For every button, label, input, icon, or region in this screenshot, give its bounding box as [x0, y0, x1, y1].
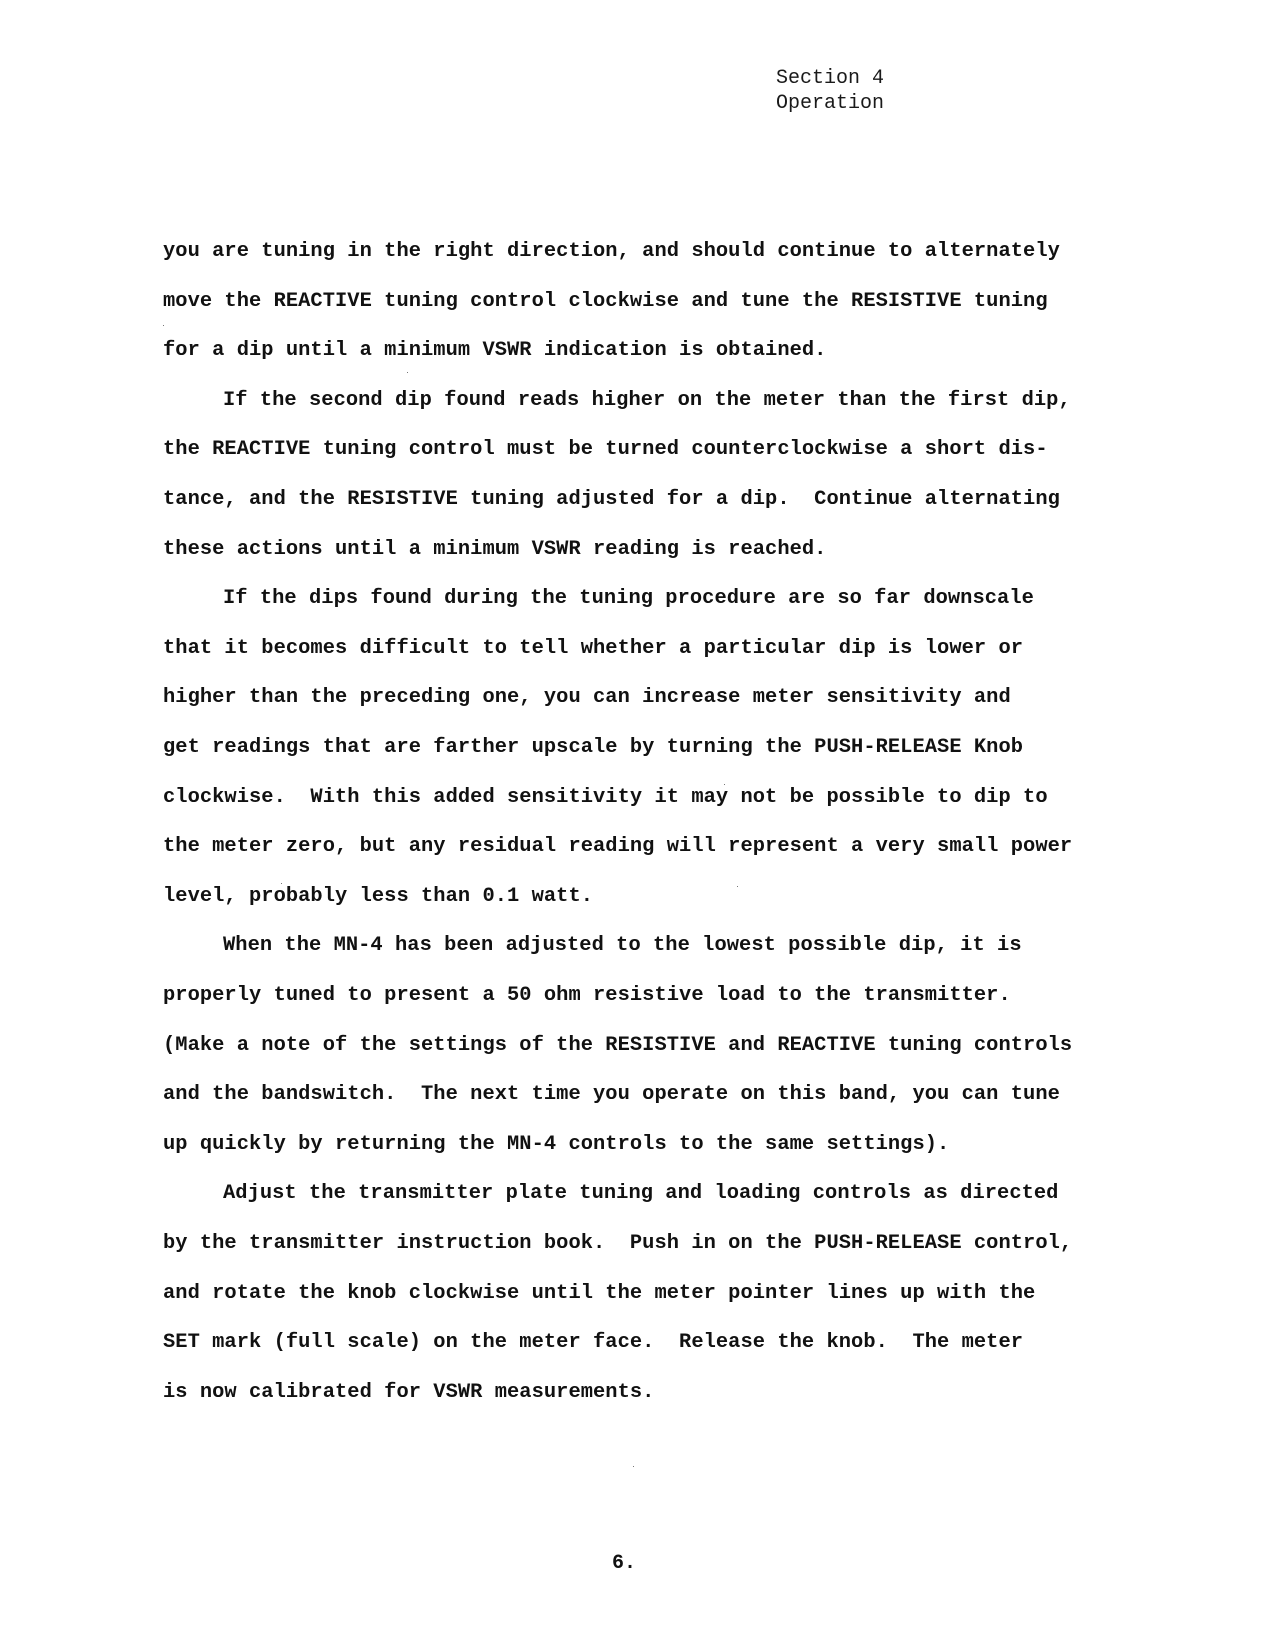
text-line: (Make a note of the settings of the RESI…	[163, 1034, 1072, 1058]
text-line: properly tuned to present a 50 ohm resis…	[163, 984, 1011, 1008]
text-line: up quickly by returning the MN-4 control…	[163, 1133, 949, 1157]
text-line: clockwise. With this added sensitivity i…	[163, 786, 1048, 810]
scan-speck	[724, 784, 725, 785]
text-line: When the MN-4 has been adjusted to the l…	[223, 934, 1022, 958]
text-line: and rotate the knob clockwise until the …	[163, 1282, 1035, 1306]
document-page: Section 4 Operation you are tuning in th…	[0, 0, 1275, 1650]
text-line: you are tuning in the right direction, a…	[163, 240, 1060, 264]
scan-speck	[633, 1466, 634, 1467]
text-line: the meter zero, but any residual reading…	[163, 835, 1072, 859]
scan-speck	[281, 883, 282, 884]
text-line: for a dip until a minimum VSWR indicatio…	[163, 339, 826, 363]
section-label: Section 4	[776, 66, 884, 91]
page-number: 6.	[612, 1552, 636, 1575]
scan-speck	[407, 372, 408, 373]
text-line: and the bandswitch. The next time you op…	[163, 1083, 1060, 1107]
text-line: higher than the preceding one, you can i…	[163, 686, 1011, 710]
page-header: Section 4 Operation	[776, 66, 884, 116]
text-line: by the transmitter instruction book. Pus…	[163, 1232, 1072, 1256]
text-line: that it becomes difficult to tell whethe…	[163, 637, 1023, 661]
text-line: tance, and the RESISTIVE tuning adjusted…	[163, 488, 1060, 512]
text-line: SET mark (full scale) on the meter face.…	[163, 1331, 1023, 1355]
text-line: Adjust the transmitter plate tuning and …	[223, 1182, 1058, 1206]
text-line: get readings that are farther upscale by…	[163, 736, 1023, 760]
scan-speck	[737, 886, 738, 887]
text-line: the REACTIVE tuning control must be turn…	[163, 438, 1048, 462]
scan-speck	[163, 325, 164, 326]
text-line: these actions until a minimum VSWR readi…	[163, 538, 826, 562]
section-title: Operation	[776, 91, 884, 116]
text-line: If the second dip found reads higher on …	[223, 389, 1071, 413]
text-line: is now calibrated for VSWR measurements.	[163, 1381, 654, 1405]
text-line: If the dips found during the tuning proc…	[223, 587, 1034, 611]
text-line: move the REACTIVE tuning control clockwi…	[163, 290, 1048, 314]
text-line: level, probably less than 0.1 watt.	[163, 885, 593, 909]
